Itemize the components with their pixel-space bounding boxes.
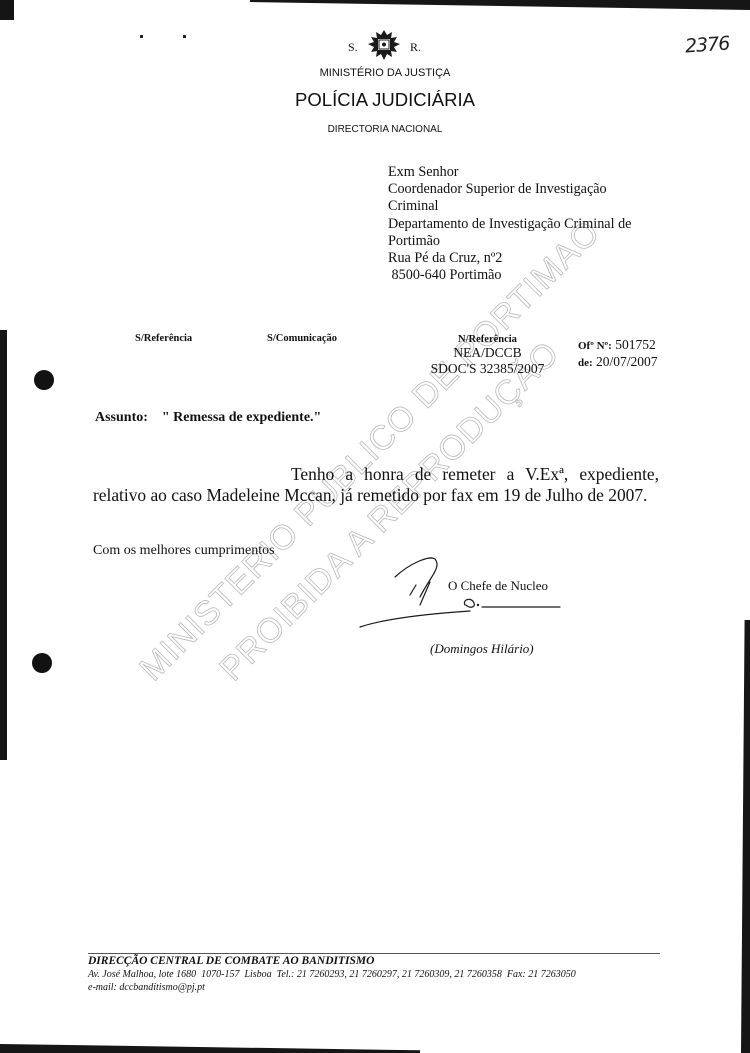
subject-label: Assunto:	[95, 410, 148, 425]
oficio-date: 20/07/2007	[596, 354, 658, 369]
scan-edge	[0, 0, 14, 20]
agency-name: POLÍCIA JUDICIÁRIA	[230, 89, 540, 111]
footer-title: DIRECÇÃO CENTRAL DE COMBATE AO BANDITISM…	[88, 955, 374, 967]
oficio-label: Ofº Nº:	[578, 340, 612, 352]
scan-speck	[140, 35, 143, 38]
footer-email: e-mail: dccbanditismo@pj.pt	[88, 981, 576, 994]
scan-edge	[0, 330, 7, 760]
addressee-line: Criminal	[388, 198, 678, 215]
letterhead-crest: S. R.	[340, 28, 440, 64]
punch-hole	[32, 653, 52, 673]
addressee-line: Portimão	[388, 233, 678, 250]
handwritten-signature	[350, 545, 590, 645]
n-referencia-block: N/Referência NEA/DCCB SDOC'S 32385/2007	[400, 334, 575, 376]
addressee-line: 8500-640 Portimão	[388, 267, 678, 284]
scan-edge	[250, 0, 750, 10]
n-referencia-value: SDOC'S 32385/2007	[400, 361, 575, 377]
n-referencia-value: NEA/DCCB	[400, 345, 575, 361]
signer-name: (Domingos Hilário)	[430, 641, 534, 657]
punch-hole	[34, 370, 54, 390]
addressee-line: Exm Senhor	[388, 164, 678, 181]
addressee-block: Exm Senhor Coordenador Superior de Inves…	[388, 164, 678, 284]
addressee-line: Rua Pé da Cruz, nº2	[388, 250, 678, 267]
coat-of-arms-icon	[364, 28, 404, 62]
body-line: Tenho a honra de remeter a V.Exª, expedi…	[93, 464, 659, 485]
directorate-name: DIRECTORIA NACIONAL	[250, 124, 520, 135]
oficio-block: Ofº Nº: 501752 de: 20/07/2007	[578, 337, 658, 371]
subject-line: Assunto: " Remessa de expediente."	[95, 410, 321, 426]
subject-text: " Remessa de expediente."	[162, 410, 321, 425]
letter-body: Tenho a honra de remeter a V.Exª, expedi…	[93, 464, 659, 506]
crest-left-letter: S.	[348, 40, 358, 55]
scan-edge	[0, 1044, 420, 1053]
s-comunicacao-label: S/Comunicação	[267, 333, 337, 344]
date-label: de:	[578, 357, 593, 369]
scan-edge	[741, 620, 750, 1053]
closing-salutation: Com os melhores cumprimentos	[93, 543, 275, 559]
footer-divider	[88, 953, 660, 954]
footer-address: Av. José Malhoa, lote 1680 1070-157 Lisb…	[88, 968, 576, 981]
s-referencia-label: S/Referência	[135, 333, 192, 344]
footer-contact: Av. José Malhoa, lote 1680 1070-157 Lisb…	[88, 968, 576, 994]
signer-title: O Chefe de Nucleo	[448, 578, 548, 594]
oficio-number: 501752	[615, 337, 656, 352]
handwritten-page-number: 2376	[684, 32, 730, 57]
addressee-line: Departamento de Investigação Criminal de	[388, 216, 678, 233]
ministry-name: MINISTÉRIO DA JUSTIÇA	[250, 67, 520, 79]
scan-speck	[183, 35, 186, 38]
body-line: relativo ao caso Madeleine Mccan, já rem…	[93, 485, 659, 506]
crest-right-letter: R.	[410, 40, 421, 55]
n-referencia-label: N/Referência	[400, 334, 575, 345]
addressee-line: Coordenador Superior de Investigação	[388, 181, 678, 198]
